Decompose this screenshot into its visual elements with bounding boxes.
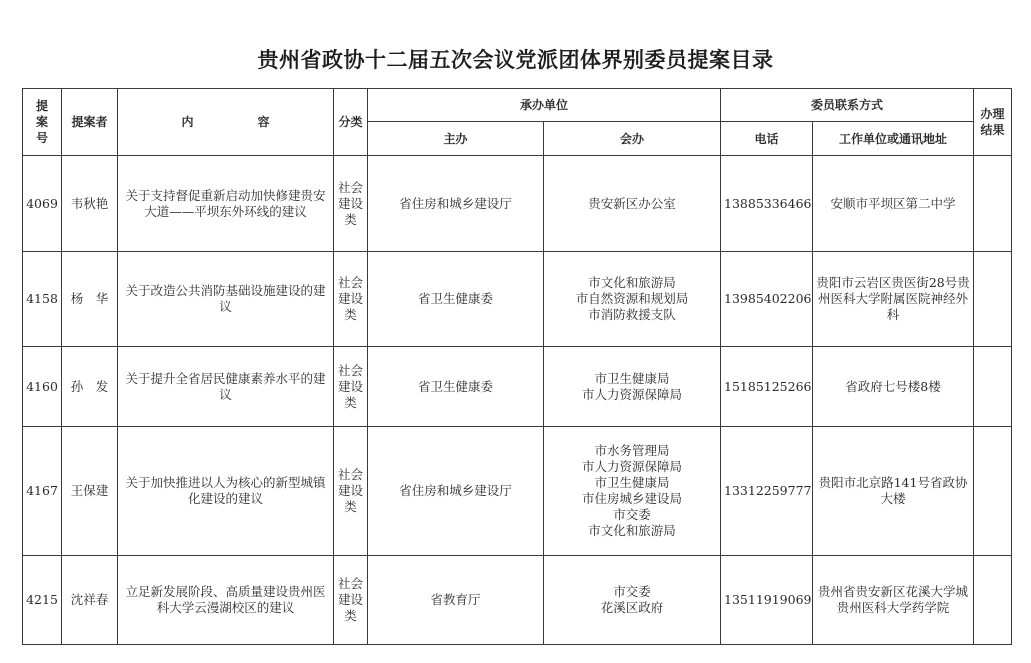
cell-no: 4215	[23, 556, 62, 645]
cell-category: 社会 建设 类	[334, 556, 368, 645]
cell-result	[974, 427, 1012, 556]
header-lead: 主办	[368, 122, 544, 156]
proposal-catalog-table: 提 案 号 提案者 内容 分类 承办单位 委员联系方式 办理 结果 主办 会办 …	[22, 88, 1012, 645]
cell-category: 社会 建设 类	[334, 427, 368, 556]
header-proposer: 提案者	[62, 89, 118, 156]
cell-proposer: 孙 发	[62, 347, 118, 427]
header-phone: 电话	[721, 122, 813, 156]
header-address: 工作单位或通讯地址	[813, 122, 974, 156]
cell-proposer: 沈祥春	[62, 556, 118, 645]
document-title: 贵州省政协十二届五次会议党派团体界别委员提案目录	[0, 44, 1031, 74]
cell-address: 贵阳市云岩区贵医街28号贵州医科大学附属医院神经外科	[813, 252, 974, 347]
cell-lead: 省教育厅	[368, 556, 544, 645]
cell-proposer: 杨 华	[62, 252, 118, 347]
table-row: 4167 王保建 关于加快推进以人为核心的新型城镇化建设的建议 社会 建设 类 …	[23, 427, 1012, 556]
cell-content: 关于改造公共消防基础设施建设的建议	[118, 252, 334, 347]
cell-co: 市文化和旅游局 市自然资源和规划局 市消防救援支队	[544, 252, 721, 347]
table-row: 4158 杨 华 关于改造公共消防基础设施建设的建议 社会 建设 类 省卫生健康…	[23, 252, 1012, 347]
cell-result	[974, 347, 1012, 427]
cell-category: 社会 建设 类	[334, 156, 368, 252]
cell-content: 立足新发展阶段、高质量建设贵州医科大学云漫湖校区的建议	[118, 556, 334, 645]
cell-phone: 15185125266	[721, 347, 813, 427]
cell-lead: 省卫生健康委	[368, 252, 544, 347]
cell-lead: 省住房和城乡建设厅	[368, 427, 544, 556]
table-row: 4215 沈祥春 立足新发展阶段、高质量建设贵州医科大学云漫湖校区的建议 社会 …	[23, 556, 1012, 645]
header-contact: 委员联系方式	[721, 89, 974, 122]
cell-category: 社会 建设 类	[334, 252, 368, 347]
cell-category: 社会 建设 类	[334, 347, 368, 427]
cell-no: 4167	[23, 427, 62, 556]
header-category: 分类	[334, 89, 368, 156]
cell-address: 省政府七号楼8楼	[813, 347, 974, 427]
cell-no: 4069	[23, 156, 62, 252]
cell-result	[974, 156, 1012, 252]
header-row-top: 提 案 号 提案者 内容 分类 承办单位 委员联系方式 办理 结果	[23, 89, 1012, 122]
cell-content: 关于支持督促重新启动加快修建贵安大道——平坝东外环线的建议	[118, 156, 334, 252]
header-co: 会办	[544, 122, 721, 156]
table-row: 4069 韦秋艳 关于支持督促重新启动加快修建贵安大道——平坝东外环线的建议 社…	[23, 156, 1012, 252]
header-result: 办理 结果	[974, 89, 1012, 156]
header-handling-unit: 承办单位	[368, 89, 721, 122]
cell-address: 安顺市平坝区第二中学	[813, 156, 974, 252]
table-row: 4160 孙 发 关于提升全省居民健康素养水平的建议 社会 建设 类 省卫生健康…	[23, 347, 1012, 427]
cell-proposer: 王保建	[62, 427, 118, 556]
cell-proposer: 韦秋艳	[62, 156, 118, 252]
cell-lead: 省住房和城乡建设厅	[368, 156, 544, 252]
cell-address: 贵州省贵安新区花溪大学城贵州医科大学药学院	[813, 556, 974, 645]
cell-result	[974, 252, 1012, 347]
cell-co: 市卫生健康局 市人力资源保障局	[544, 347, 721, 427]
cell-result	[974, 556, 1012, 645]
cell-content: 关于加快推进以人为核心的新型城镇化建设的建议	[118, 427, 334, 556]
cell-co: 市交委 花溪区政府	[544, 556, 721, 645]
header-content: 内容	[118, 89, 334, 156]
cell-co: 市水务管理局 市人力资源保障局 市卫生健康局 市住房城乡建设局 市交委 市文化和…	[544, 427, 721, 556]
cell-co: 贵安新区办公室	[544, 156, 721, 252]
cell-phone: 13511919069	[721, 556, 813, 645]
cell-lead: 省卫生健康委	[368, 347, 544, 427]
cell-phone: 13885336466	[721, 156, 813, 252]
cell-phone: 13985402206	[721, 252, 813, 347]
cell-no: 4158	[23, 252, 62, 347]
cell-address: 贵阳市北京路141号省政协大楼	[813, 427, 974, 556]
cell-phone: 13312259777	[721, 427, 813, 556]
cell-no: 4160	[23, 347, 62, 427]
cell-content: 关于提升全省居民健康素养水平的建议	[118, 347, 334, 427]
header-proposal-no: 提 案 号	[23, 89, 62, 156]
